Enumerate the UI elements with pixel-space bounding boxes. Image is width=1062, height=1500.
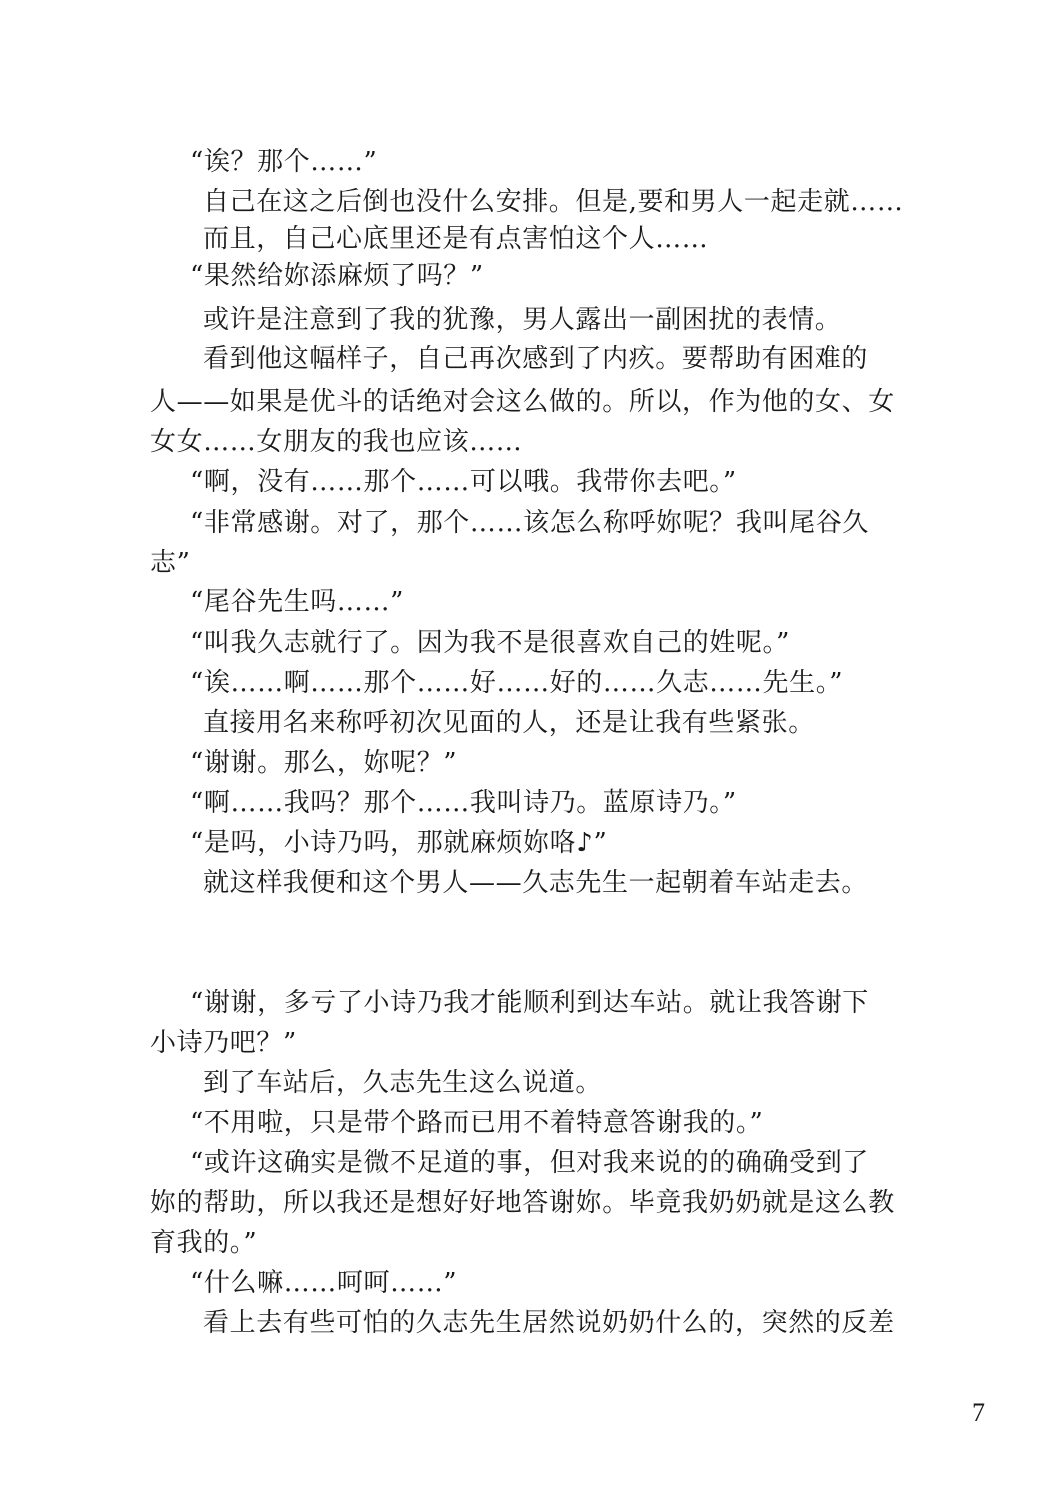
text-line: 志” bbox=[150, 548, 885, 578]
text-line: “是吗，小诗乃吗，那就麻烦妳咯♪” bbox=[190, 828, 925, 858]
text-line: 或许是注意到了我的犹豫，男人露出一副困扰的表情。 bbox=[203, 305, 938, 335]
text-line: “谢谢，多亏了小诗乃我才能顺利到达车站。就让我答谢下 bbox=[190, 988, 925, 1018]
text-line: “诶……啊……那个……好……好的……久志……先生。” bbox=[190, 668, 925, 698]
text-line: 育我的。” bbox=[150, 1228, 885, 1258]
text-line: “尾谷先生吗……” bbox=[190, 587, 925, 617]
text-line: 妳的帮助，所以我还是想好好地答谢妳。毕竟我奶奶就是这么教 bbox=[150, 1188, 885, 1218]
text-line: “啊，没有……那个……可以哦。我带你去吧。” bbox=[190, 467, 925, 497]
text-line: “或许这确实是微不足道的事，但对我来说的的确确受到了 bbox=[190, 1148, 925, 1178]
text-line: “果然给妳添麻烦了吗？” bbox=[190, 261, 925, 291]
text-line: 看到他这幅样子，自己再次感到了内疚。要帮助有困难的 bbox=[203, 344, 938, 374]
text-line: 小诗乃吧？” bbox=[150, 1028, 885, 1058]
text-line: 看上去有些可怕的久志先生居然说奶奶什么的，突然的反差 bbox=[203, 1308, 938, 1338]
text-line: 就这样我便和这个男人——久志先生一起朝着车站走去。 bbox=[203, 868, 938, 898]
text-line: 自己在这之后倒也没什么安排。但是,要和男人一起走就…… bbox=[203, 187, 938, 217]
text-line: 到了车站后，久志先生这么说道。 bbox=[203, 1068, 938, 1098]
text-line: 女女……女朋友的我也应该…… bbox=[150, 427, 885, 457]
text-line: 人——如果是优斗的话绝对会这么做的。所以，作为他的女、女 bbox=[150, 387, 885, 417]
page-number: 7 bbox=[972, 1398, 985, 1428]
document-page: “诶？那个……”自己在这之后倒也没什么安排。但是,要和男人一起走就……而且，自己… bbox=[0, 0, 1062, 1500]
text-line: 而且，自己心底里还是有点害怕这个人…… bbox=[203, 224, 938, 254]
text-line: “叫我久志就行了。因为我不是很喜欢自己的姓呢。” bbox=[190, 628, 925, 658]
text-line: 直接用名来称呼初次见面的人，还是让我有些紧张。 bbox=[203, 708, 938, 738]
text-line: “诶？那个……” bbox=[190, 147, 925, 177]
text-line: “什么嘛……呵呵……” bbox=[190, 1268, 925, 1298]
text-line: “谢谢。那么，妳呢？” bbox=[190, 748, 925, 778]
text-line: “啊……我吗？那个……我叫诗乃。蓝原诗乃。” bbox=[190, 788, 925, 818]
text-line: “不用啦，只是带个路而已用不着特意答谢我的。” bbox=[190, 1108, 925, 1138]
text-line: “非常感谢。对了，那个……该怎么称呼妳呢？我叫尾谷久 bbox=[190, 508, 925, 538]
